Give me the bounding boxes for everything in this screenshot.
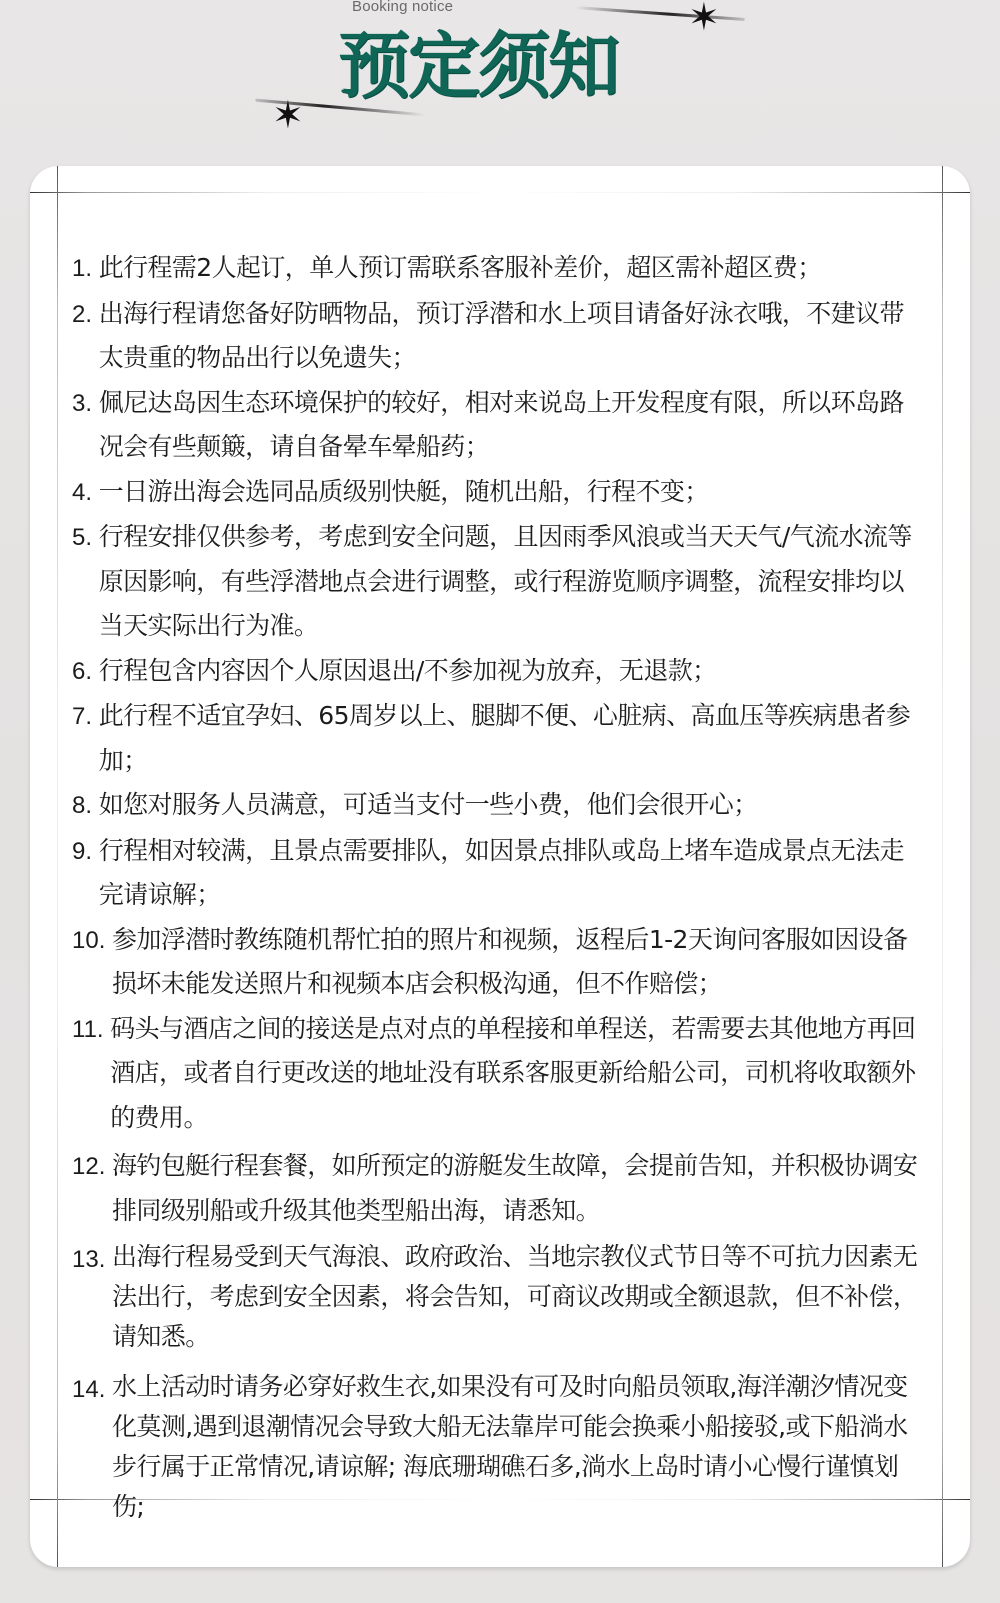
notice-item: 3. 佩尼达岛因生态环境保护的较好，相对来说岛上开发程度有限，所以环岛路况会有些… bbox=[72, 381, 922, 470]
notice-item: 11. 码头与酒店之间的接送是点对点的单程接和单程送，若需要去其他地方再回酒店，… bbox=[72, 1007, 922, 1141]
notice-text: 行程包含内容因个人原因退出/不参加视为放弃，无退款； bbox=[99, 649, 922, 695]
notice-text: 出海行程请您备好防晒物品，预订浮潜和水上项目请备好泳衣哦，不建议带太贵重的物品出… bbox=[99, 292, 922, 381]
notice-item: 1. 此行程需2人起订，单人预订需联系客服补差价，超区需补超区费； bbox=[72, 246, 922, 292]
notice-item: 6. 行程包含内容因个人原因退出/不参加视为放弃，无退款； bbox=[72, 649, 922, 695]
notice-number: 3. bbox=[72, 381, 99, 470]
notice-item: 13. 出海行程易受到天气海浪、政府政治、当地宗教仪式节日等不可抗力因素无法出行… bbox=[72, 1237, 922, 1357]
star-icon: ✶ bbox=[688, 0, 720, 36]
frame-line bbox=[942, 166, 943, 1567]
notice-number: 10. bbox=[72, 918, 112, 1007]
notice-item: 12. 海钓包艇行程套餐，如所预定的游艇发生故障，会提前告知，并积极协调安排同级… bbox=[72, 1144, 922, 1233]
notice-number: 7. bbox=[72, 694, 99, 783]
notice-item: 4. 一日游出海会选同品质级别快艇，随机出船，行程不变； bbox=[72, 470, 922, 516]
notice-number: 4. bbox=[72, 470, 99, 516]
notice-text: 参加浮潜时教练随机帮忙拍的照片和视频，返程后1-2天询问客服如因设备损坏未能发送… bbox=[112, 918, 922, 1007]
notice-number: 2. bbox=[72, 292, 99, 381]
notice-number: 1. bbox=[72, 246, 99, 292]
notice-number: 5. bbox=[72, 515, 99, 649]
notice-text: 如您对服务人员满意，可适当支付一些小费，他们会很开心； bbox=[99, 783, 922, 829]
page-title: 预定须知 bbox=[338, 26, 618, 106]
star-icon: ✶ bbox=[272, 96, 304, 134]
notice-text: 海钓包艇行程套餐，如所预定的游艇发生故障，会提前告知，并积极协调安排同级别船或升… bbox=[112, 1144, 922, 1233]
notice-text: 出海行程易受到天气海浪、政府政治、当地宗教仪式节日等不可抗力因素无法出行，考虑到… bbox=[112, 1237, 922, 1357]
notice-number: 11. bbox=[72, 1007, 110, 1141]
notice-number: 12. bbox=[72, 1144, 112, 1233]
notice-number: 6. bbox=[72, 649, 99, 695]
notice-number: 14. bbox=[72, 1367, 112, 1527]
header: ✶ ✶ Booking notice 预定须知 bbox=[0, 0, 1000, 160]
notice-item: 14. 水上活动时请务必穿好救生衣,如果没有可及时向船员领取,海洋潮汐情况变化莫… bbox=[72, 1367, 922, 1527]
notice-list: 1. 此行程需2人起订，单人预订需联系客服补差价，超区需补超区费； 2. 出海行… bbox=[72, 246, 922, 1527]
notice-text: 一日游出海会选同品质级别快艇，随机出船，行程不变； bbox=[99, 470, 922, 516]
notice-text: 此行程不适宜孕妇、65周岁以上、腿脚不便、心脏病、高血压等疾病患者参加； bbox=[99, 694, 922, 783]
notice-text: 行程相对较满，且景点需要排队，如因景点排队或岛上堵车造成景点无法走完请谅解； bbox=[99, 829, 922, 918]
notice-item: 5. 行程安排仅供参考，考虑到安全问题，且因雨季风浪或当天天气/气流水流等原因影… bbox=[72, 515, 922, 649]
frame-line bbox=[57, 166, 58, 1567]
notice-item: 8. 如您对服务人员满意，可适当支付一些小费，他们会很开心； bbox=[72, 783, 922, 829]
frame-line bbox=[30, 192, 970, 193]
notice-text: 码头与酒店之间的接送是点对点的单程接和单程送，若需要去其他地方再回酒店，或者自行… bbox=[110, 1007, 922, 1141]
notice-item: 10. 参加浮潜时教练随机帮忙拍的照片和视频，返程后1-2天询问客服如因设备损坏… bbox=[72, 918, 922, 1007]
notice-text: 此行程需2人起订，单人预订需联系客服补差价，超区需补超区费； bbox=[99, 246, 922, 292]
notice-number: 9. bbox=[72, 829, 99, 918]
notice-item: 7. 此行程不适宜孕妇、65周岁以上、腿脚不便、心脏病、高血压等疾病患者参加； bbox=[72, 694, 922, 783]
notice-text: 水上活动时请务必穿好救生衣,如果没有可及时向船员领取,海洋潮汐情况变化莫测,遇到… bbox=[112, 1367, 922, 1527]
notice-item: 9. 行程相对较满，且景点需要排队，如因景点排队或岛上堵车造成景点无法走完请谅解… bbox=[72, 829, 922, 918]
notice-number: 13. bbox=[72, 1237, 112, 1357]
page-subtitle: Booking notice bbox=[352, 0, 453, 15]
notice-number: 8. bbox=[72, 783, 99, 829]
notice-text: 佩尼达岛因生态环境保护的较好，相对来说岛上开发程度有限，所以环岛路况会有些颠簸，… bbox=[99, 381, 922, 470]
notice-item: 2. 出海行程请您备好防晒物品，预订浮潜和水上项目请备好泳衣哦，不建议带太贵重的… bbox=[72, 292, 922, 381]
notice-text: 行程安排仅供参考，考虑到安全问题，且因雨季风浪或当天天气/气流水流等原因影响，有… bbox=[99, 515, 922, 649]
